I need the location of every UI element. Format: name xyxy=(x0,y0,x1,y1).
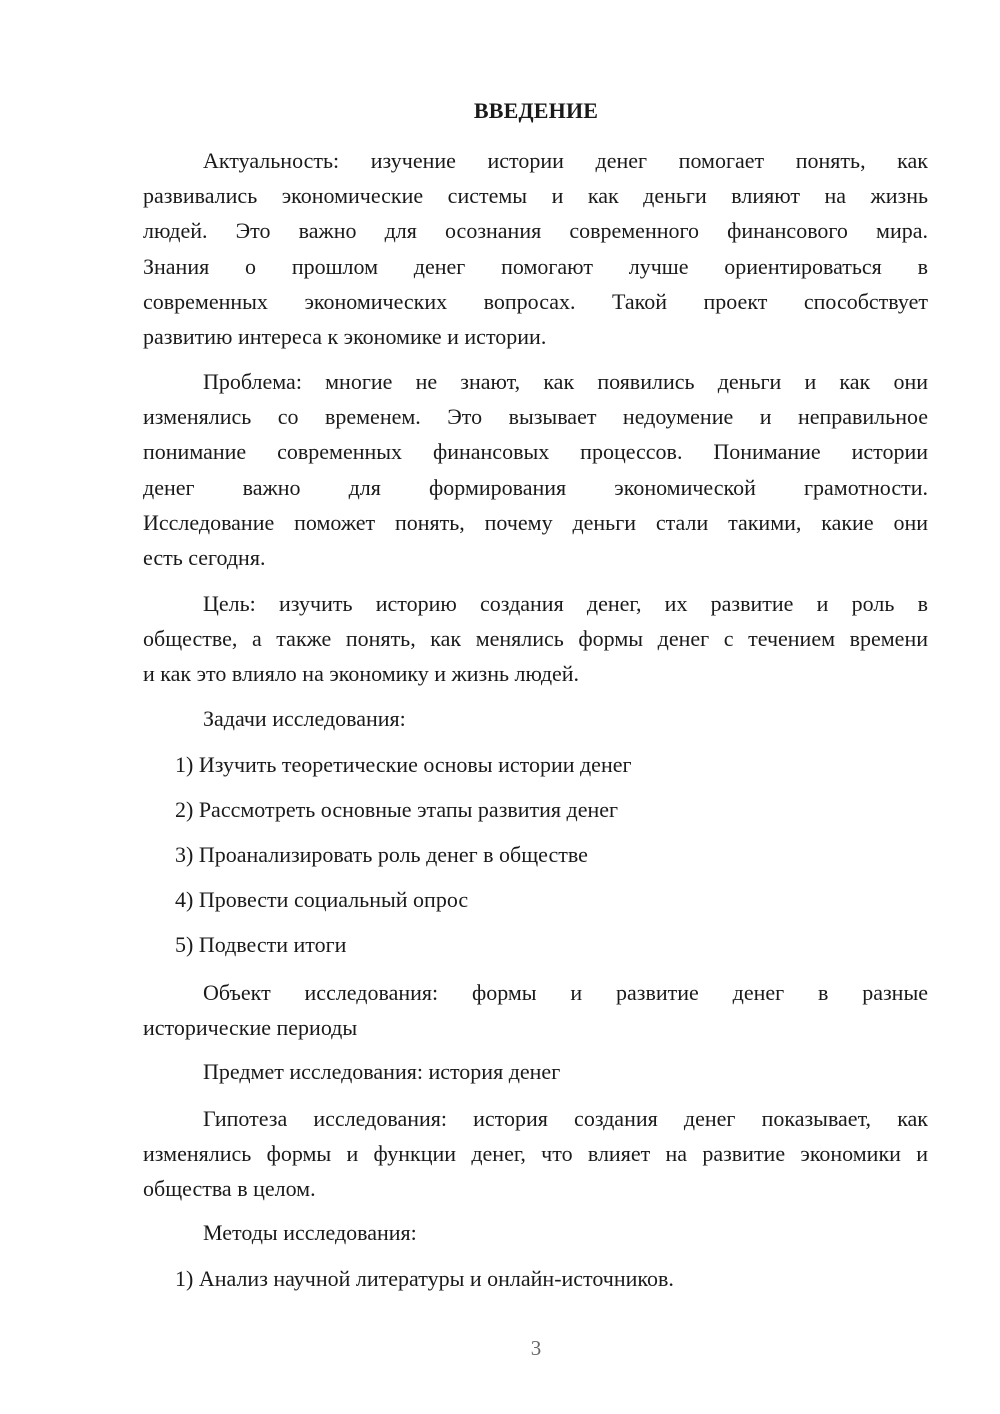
text-line: общества в целом. xyxy=(143,1171,928,1206)
text-line: Проблема: многие не знают, как появились… xyxy=(143,364,928,399)
text-line: людей. Это важно для осознания современн… xyxy=(143,213,928,248)
text-line: Гипотеза исследования: история создания … xyxy=(143,1101,928,1136)
method-item: 1) Анализ научной литературы и онлайн-ис… xyxy=(175,1264,674,1294)
task-item: 4) Провести социальный опрос xyxy=(175,885,468,915)
text-line: Исследование поможет понять, почему день… xyxy=(143,505,928,540)
text-line: Знания о прошлом денег помогают лучше ор… xyxy=(143,249,928,284)
task-item: 3) Проанализировать роль денег в обществ… xyxy=(175,840,588,870)
subject-line: Предмет исследования: история денег xyxy=(203,1057,560,1087)
document-page: ВВЕДЕНИЕ Актуальность: изучение истории … xyxy=(0,0,1000,1414)
text-line: современных экономических вопросах. Тако… xyxy=(143,284,928,319)
text-line: Объект исследования: формы и развитие де… xyxy=(143,975,928,1010)
text-line: развивались экономические системы и как … xyxy=(143,178,928,213)
tasks-heading: Задачи исследования: xyxy=(203,704,406,734)
task-item: 5) Подвести итоги xyxy=(175,930,346,960)
goal-paragraph: Цель: изучить историю создания денег, их… xyxy=(143,586,928,692)
hypothesis-paragraph: Гипотеза исследования: история создания … xyxy=(143,1101,928,1207)
text-line: есть сегодня. xyxy=(143,540,928,575)
text-line: изменялись со временем. Это вызывает нед… xyxy=(143,399,928,434)
text-line: изменялись формы и функции денег, что вл… xyxy=(143,1136,928,1171)
page-title: ВВЕДЕНИЕ xyxy=(0,96,1000,126)
methods-heading: Методы исследования: xyxy=(203,1218,417,1248)
text-line: исторические периоды xyxy=(143,1010,928,1045)
problem-paragraph: Проблема: многие не знают, как появились… xyxy=(143,364,928,575)
text-line: Актуальность: изучение истории денег пом… xyxy=(143,143,928,178)
text-line: денег важно для формирования экономическ… xyxy=(143,470,928,505)
page-number: 3 xyxy=(0,1336,1000,1361)
relevance-paragraph: Актуальность: изучение истории денег пом… xyxy=(143,143,928,354)
text-line: развитию интереса к экономике и истории. xyxy=(143,319,928,354)
text-line: понимание современных финансовых процесс… xyxy=(143,434,928,469)
task-item: 2) Рассмотреть основные этапы развития д… xyxy=(175,795,618,825)
object-paragraph: Объект исследования: формы и развитие де… xyxy=(143,975,928,1045)
text-line: и как это влияло на экономику и жизнь лю… xyxy=(143,656,928,691)
task-item: 1) Изучить теоретические основы истории … xyxy=(175,750,632,780)
text-line: обществе, а также понять, как менялись ф… xyxy=(143,621,928,656)
text-line: Цель: изучить историю создания денег, их… xyxy=(143,586,928,621)
